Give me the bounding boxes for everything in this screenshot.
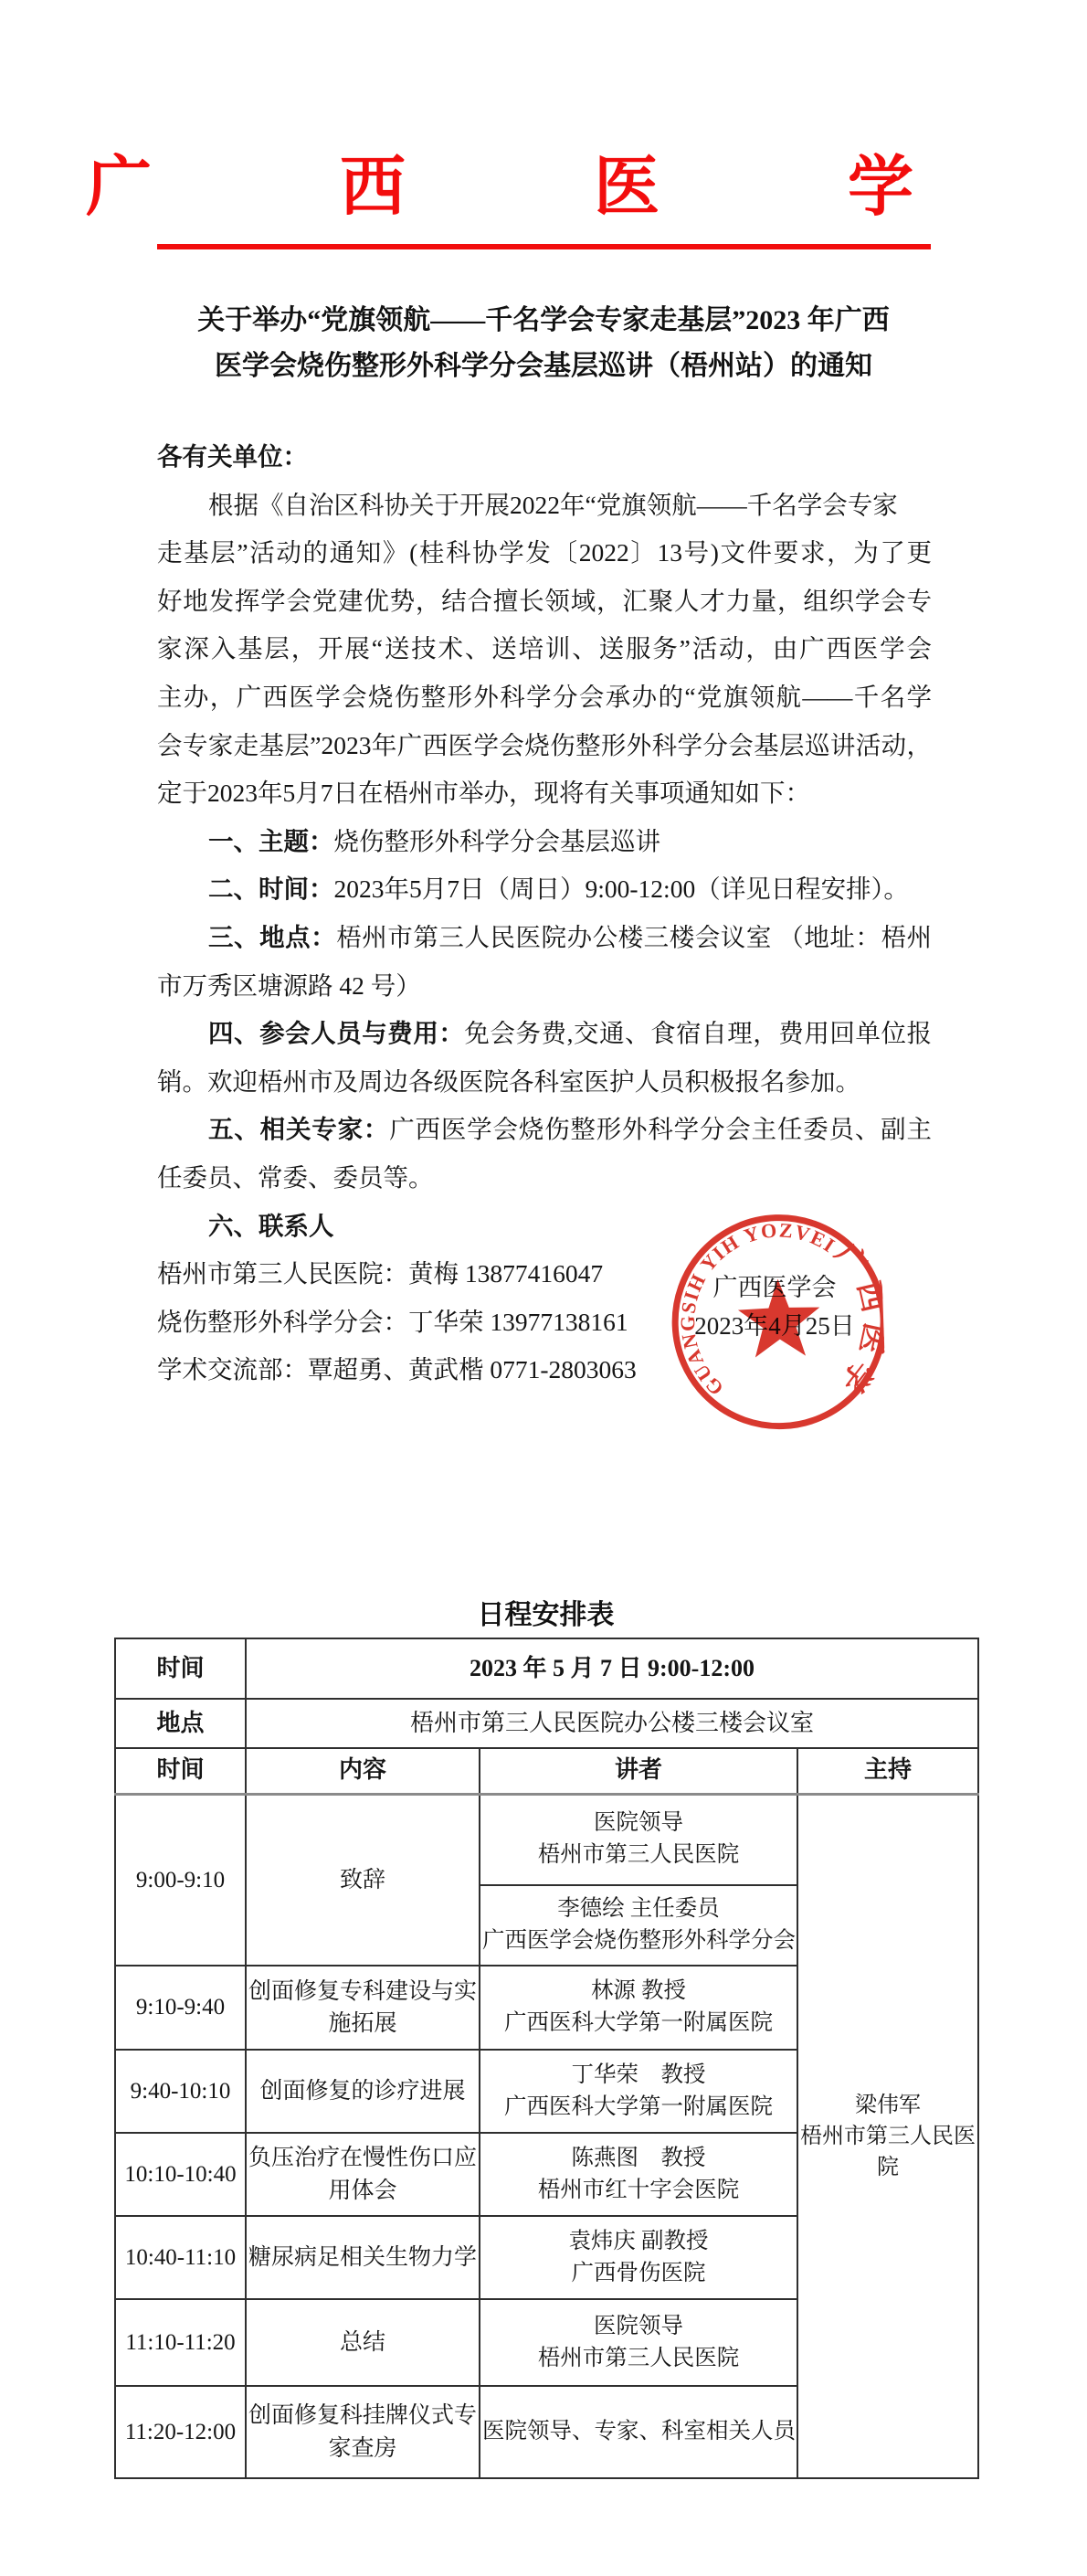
body-line: 市万秀区塘源路 42 号） — [157, 962, 932, 1011]
schedule-content-cell: 负压治疗在慢性伤口应用体会 — [246, 2133, 480, 2216]
body-line: 销。欢迎梧州市及周边各级医院各科室医护人员积极报名参加。 — [157, 1058, 932, 1107]
speaker-line: 医院领导、专家、科室相关人员 — [482, 2416, 795, 2448]
speaker-line: 广西医学会烧伤整形外科学分会 — [482, 1925, 795, 1957]
schedule-content-cell: 创面修复的诊疗进展 — [246, 2050, 480, 2133]
document-title-line2: 医学会烧伤整形外科学分会基层巡讲（梧州站）的通知 — [87, 344, 1000, 389]
seal-star-icon — [737, 1277, 821, 1358]
schedule-content-cell: 总结 — [246, 2299, 480, 2386]
body-line: 会专家走基层”2023年广西医学会烧伤整形外科学分会基层巡讲活动， — [157, 722, 932, 770]
body-line: 定于2023年5月7日在梧州市举办，现将有关事项通知如下： — [157, 769, 932, 818]
speaker-line: 梧州市红十字会医院 — [482, 2175, 795, 2207]
letterhead-divider — [157, 244, 931, 249]
speaker-line: 医院领导 — [482, 1807, 795, 1839]
schedule-speaker-cell: 医院领导、专家、科室相关人员 — [480, 2386, 797, 2478]
schedule-info-label: 时间 — [115, 1638, 246, 1699]
schedule-column-header: 主持 — [797, 1748, 978, 1794]
schedule-speaker-cell: 丁华荣 教授广西医科大学第一附属医院 — [480, 2050, 797, 2133]
speaker-line: 李德绘 主任委员 — [482, 1893, 795, 1925]
speaker-line: 广西骨伤医院 — [482, 2258, 795, 2290]
body-line: 主办，广西医学会烧伤整形外科学分会承办的“党旗领航——千名学 — [157, 673, 932, 722]
schedule-time-cell: 9:40-10:10 — [115, 2050, 246, 2133]
host-org: 梧州市第三人民医院 — [800, 2121, 976, 2183]
body-line-label: 五、相关专家： — [208, 1115, 389, 1143]
schedule-content-cell: 创面修复专科建设与实施拓展 — [246, 1966, 480, 2050]
speaker-line: 广西医科大学第一附属医院 — [482, 2092, 795, 2124]
schedule-column-header: 时间 — [115, 1748, 246, 1794]
body-line-label: 三、地点： — [208, 923, 336, 951]
seal-ring-text: GUANGSIH YIH YOZVEI 广西医学会 — [651, 1201, 888, 1413]
host-name: 梁伟军 — [800, 2090, 976, 2121]
schedule-host-cell: 梁伟军梧州市第三人民医院 — [797, 1794, 978, 2478]
speaker-line: 医院领导 — [482, 2311, 795, 2343]
schedule-content-cell: 致辞 — [246, 1794, 480, 1966]
schedule-content-cell: 糖尿病足相关生物力学 — [246, 2216, 480, 2299]
schedule-speaker-cell: 医院领导梧州市第三人民医院 — [480, 1794, 797, 1885]
speaker-line: 陈燕图 教授 — [482, 2143, 795, 2175]
body-line-label: 各有关单位： — [157, 442, 308, 471]
body-line: 一、主题：烧伤整形外科学分会基层巡讲 — [157, 818, 932, 866]
schedule-info-value: 梧州市第三人民医院办公楼三楼会议室 — [246, 1699, 978, 1748]
notice-document-page: 广 西 医 学 会 关于举办“党旗领航——千名学会专家走基层”2023 年广西 … — [0, 0, 1087, 2576]
letterhead-org-name: 广 西 医 学 会 — [0, 133, 1087, 228]
body-line: 任委员、常委、委员等。 — [157, 1154, 932, 1203]
document-title: 关于举办“党旗领航——千名学会专家走基层”2023 年广西 医学会烧伤整形外科学… — [87, 298, 1000, 389]
schedule-speaker-cell: 李德绘 主任委员广西医学会烧伤整形外科学分会 — [480, 1885, 797, 1966]
body-line: 走基层”活动的通知》(桂科协学发〔2022〕13号)文件要求，为了更 — [157, 529, 932, 578]
schedule-time-cell: 9:10-9:40 — [115, 1966, 246, 2050]
body-line-label: 二、时间： — [208, 875, 334, 903]
body-line: 二、时间：2023年5月7日（周日）9:00-12:00（详见日程安排）。 — [157, 865, 932, 914]
body-line: 根据《自治区科协关于开展2022年“党旗领航——千名学会专家 — [157, 482, 932, 530]
schedule-column-header: 讲者 — [480, 1748, 797, 1794]
document-title-line1: 关于举办“党旗领航——千名学会专家走基层”2023 年广西 — [87, 298, 1000, 344]
schedule-title: 日程安排表 — [114, 1592, 977, 1632]
speaker-line: 广西医科大学第一附属医院 — [482, 2008, 795, 2040]
schedule-speaker-cell: 袁炜庆 副教授广西骨伤医院 — [480, 2216, 797, 2299]
schedule-time-cell: 11:20-12:00 — [115, 2386, 246, 2478]
schedule-time-cell: 10:40-11:10 — [115, 2216, 246, 2299]
schedule-column-header: 内容 — [246, 1748, 480, 1794]
body-line-label: 四、参会人员与费用： — [208, 1019, 464, 1047]
body-line: 五、相关专家：广西医学会烧伤整形外科学分会主任委员、副主 — [157, 1106, 932, 1154]
schedule-time-cell: 11:10-11:20 — [115, 2299, 246, 2386]
schedule-time-cell: 9:00-9:10 — [115, 1794, 246, 1966]
schedule-table: 时间2023 年 5 月 7 日 9:00-12:00地点梧州市第三人民医院办公… — [114, 1638, 979, 2479]
body-line: 家深入基层，开展“送技术、送培训、送服务”活动，由广西医学会 — [157, 625, 932, 673]
schedule-speaker-cell: 医院领导梧州市第三人民医院 — [480, 2299, 797, 2386]
body-line-label: 六、联系人 — [208, 1212, 334, 1240]
schedule-info-label: 地点 — [115, 1699, 246, 1748]
speaker-line: 梧州市第三人民医院 — [482, 2343, 795, 2375]
body-line: 三、地点：梧州市第三人民医院办公楼三楼会议室 （地址：梧州 — [157, 914, 932, 962]
schedule-info-value: 2023 年 5 月 7 日 9:00-12:00 — [246, 1638, 978, 1699]
speaker-line: 林源 教授 — [482, 1976, 795, 2008]
speaker-line: 丁华荣 教授 — [482, 2060, 795, 2092]
schedule-speaker-cell: 林源 教授广西医科大学第一附属医院 — [480, 1966, 797, 2050]
speaker-line: 袁炜庆 副教授 — [482, 2226, 795, 2258]
schedule-time-cell: 10:10-10:40 — [115, 2133, 246, 2216]
body-line: 各有关单位： — [157, 433, 932, 482]
body-line: 四、参会人员与费用：免会务费,交通、食宿自理，费用回单位报 — [157, 1010, 932, 1058]
body-line-label: 一、主题： — [208, 827, 334, 855]
official-seal-stamp: GUANGSIH YIH YOZVEI 广西医学会 — [651, 1201, 888, 1437]
schedule-speaker-cell: 陈燕图 教授梧州市红十字会医院 — [480, 2133, 797, 2216]
speaker-line: 梧州市第三人民医院 — [482, 1839, 795, 1871]
body-line: 好地发挥学会党建优势，结合擅长领域，汇聚人才力量，组织学会专 — [157, 578, 932, 626]
schedule-content-cell: 创面修复科挂牌仪式专家查房 — [246, 2386, 480, 2478]
